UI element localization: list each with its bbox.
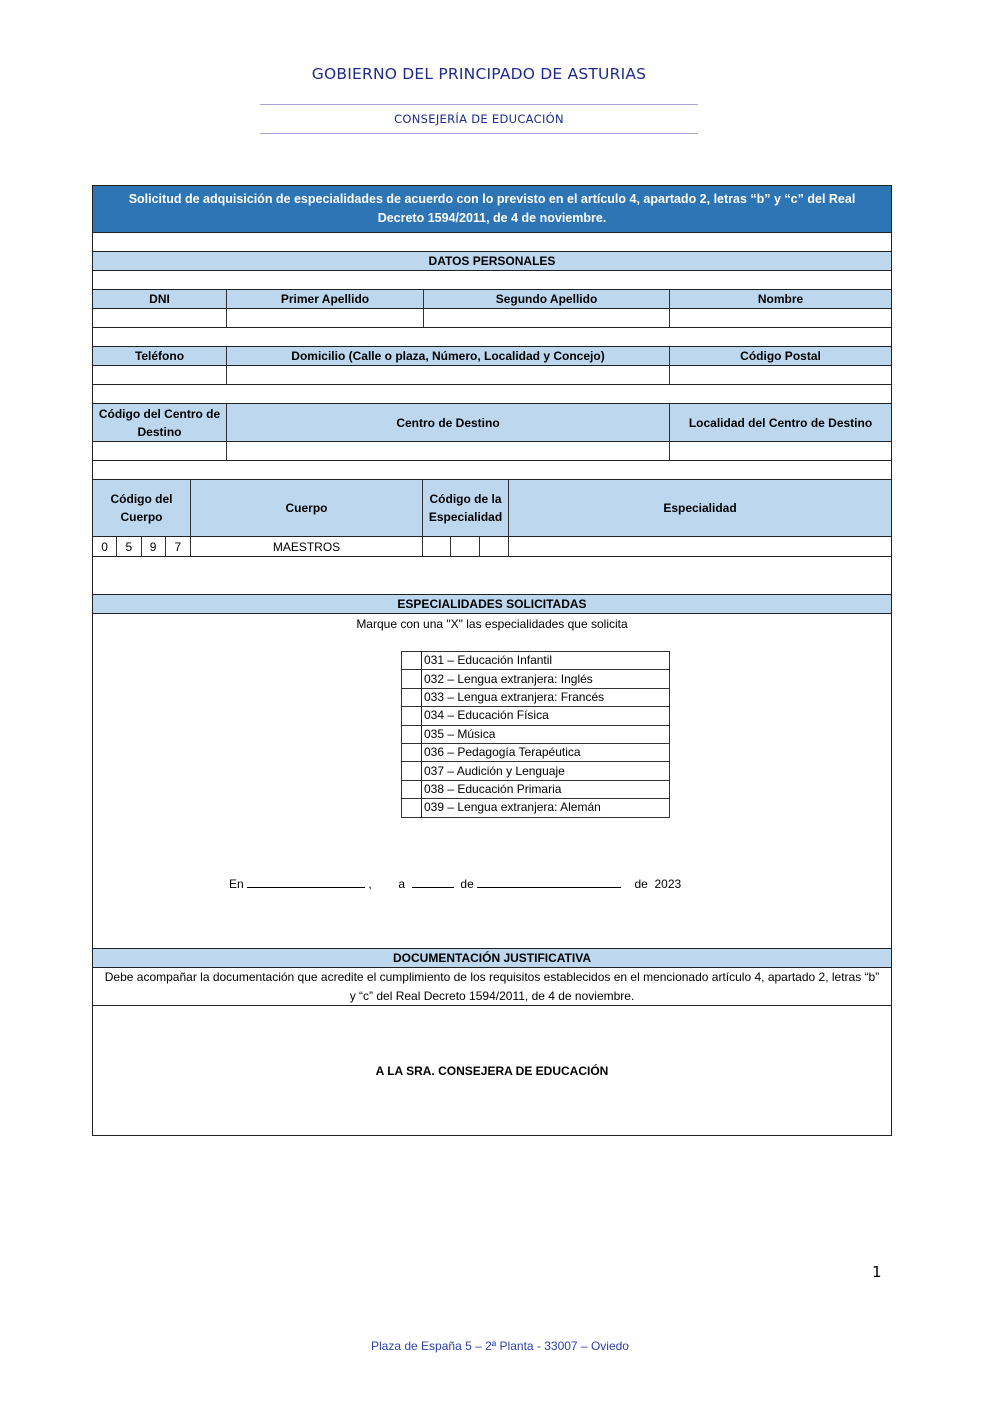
centro-destino-field[interactable] bbox=[227, 442, 670, 460]
header-divider-top bbox=[260, 104, 698, 105]
label-telefono: Teléfono bbox=[93, 347, 227, 365]
place-blank[interactable] bbox=[247, 876, 365, 888]
place-date-line: En , a de de 2023 bbox=[229, 876, 681, 891]
personal-values-row bbox=[93, 309, 891, 328]
contact-labels-row: Teléfono Domicilio (Calle o plaza, Númer… bbox=[93, 347, 891, 366]
especialidad-label: 034 – Educación Física bbox=[422, 707, 670, 725]
domicilio-field[interactable] bbox=[227, 366, 670, 384]
month-blank[interactable] bbox=[477, 876, 621, 888]
codigo-cuerpo-digit[interactable]: 0 bbox=[93, 537, 117, 556]
label-nombre: Nombre bbox=[670, 290, 891, 308]
especialidad-label: 036 – Pedagogía Terapéutica bbox=[422, 743, 670, 761]
centro-values-row bbox=[93, 442, 891, 461]
especialidad-label: 037 – Audición y Lenguaje bbox=[422, 762, 670, 780]
header-divider-bottom bbox=[260, 133, 698, 134]
label-de: de bbox=[460, 877, 473, 891]
codigo-cuerpo-digit[interactable]: 5 bbox=[117, 537, 141, 556]
segundo-apellido-field[interactable] bbox=[424, 309, 670, 327]
addressee: A LA SRA. CONSEJERA DE EDUCACIÓN bbox=[93, 1006, 891, 1136]
spacer-row bbox=[93, 557, 891, 595]
day-blank[interactable] bbox=[412, 876, 454, 888]
cuerpo-field[interactable]: MAESTROS bbox=[191, 537, 423, 556]
government-title: GOBIERNO DEL PRINCIPADO DE ASTURIAS bbox=[0, 65, 958, 83]
especialidad-label: 039 – Lengua extranjera: Alemán bbox=[422, 799, 670, 817]
primer-apellido-field[interactable] bbox=[227, 309, 424, 327]
cuerpo-values-row: 0 5 9 7 MAESTROS bbox=[93, 537, 891, 557]
section-header-datos-personales: DATOS PERSONALES bbox=[93, 252, 891, 271]
label-codigo-especialidad: Código de la Especialidad bbox=[423, 480, 509, 536]
especialidad-option: 037 – Audición y Lenguaje bbox=[402, 762, 670, 780]
spacer-row bbox=[93, 328, 891, 347]
cuerpo-labels-row: Código del Cuerpo Cuerpo Código de la Es… bbox=[93, 480, 891, 537]
label-segundo-apellido: Segundo Apellido bbox=[424, 290, 670, 308]
localidad-centro-field[interactable] bbox=[670, 442, 891, 460]
label-localidad-centro: Localidad del Centro de Destino bbox=[670, 404, 891, 441]
especialidad-field[interactable] bbox=[509, 537, 891, 556]
label-dni: DNI bbox=[93, 290, 227, 308]
codigo-centro-field[interactable] bbox=[93, 442, 227, 460]
especialidad-option: 035 – Música bbox=[402, 725, 670, 743]
label-codigo-cuerpo: Código del Cuerpo bbox=[93, 480, 191, 536]
especialidad-option: 039 – Lengua extranjera: Alemán bbox=[402, 799, 670, 817]
especialidad-checkbox[interactable] bbox=[402, 670, 422, 688]
codigo-especialidad-digits bbox=[423, 537, 509, 556]
codigo-especialidad-digit[interactable] bbox=[451, 537, 479, 556]
label-cuerpo: Cuerpo bbox=[191, 480, 423, 536]
especialidad-option: 036 – Pedagogía Terapéutica bbox=[402, 743, 670, 761]
department-subtitle: CONSEJERÍA DE EDUCACIÓN bbox=[0, 112, 958, 126]
comma: , bbox=[368, 877, 371, 891]
label-domicilio: Domicilio (Calle o plaza, Número, Locali… bbox=[227, 347, 670, 365]
page-number: 1 bbox=[872, 1263, 882, 1281]
spacer-row bbox=[93, 385, 891, 404]
especialidad-option: 034 – Educación Física bbox=[402, 707, 670, 725]
telefono-field[interactable] bbox=[93, 366, 227, 384]
year-value: 2023 bbox=[655, 877, 682, 891]
contact-values-row bbox=[93, 366, 891, 385]
label-codigo-postal: Código Postal bbox=[670, 347, 891, 365]
label-centro-destino: Centro de Destino bbox=[227, 404, 670, 441]
codigo-postal-field[interactable] bbox=[670, 366, 891, 384]
especialidad-label: 031 – Educación Infantil bbox=[422, 652, 670, 670]
especialidad-option: 033 – Lengua extranjera: Francés bbox=[402, 688, 670, 706]
spacer-row bbox=[93, 461, 891, 480]
label-especialidad: Especialidad bbox=[509, 480, 891, 536]
footer-address: Plaza de España 5 – 2ª Planta - 33007 – … bbox=[0, 1339, 1000, 1353]
documentacion-text: Debe acompañar la documentación que acre… bbox=[93, 968, 891, 1006]
nombre-field[interactable] bbox=[670, 309, 891, 327]
dni-field[interactable] bbox=[93, 309, 227, 327]
label-a: a bbox=[398, 877, 405, 891]
especialidades-instruction: Marque con una "X" las especialidades qu… bbox=[93, 617, 891, 631]
especialidad-checkbox[interactable] bbox=[402, 780, 422, 798]
especialidad-option: 031 – Educación Infantil bbox=[402, 652, 670, 670]
especialidad-checkbox[interactable] bbox=[402, 762, 422, 780]
section-header-especialidades: ESPECIALIDADES SOLICITADAS bbox=[93, 595, 891, 614]
especialidades-section: Marque con una "X" las especialidades qu… bbox=[93, 614, 891, 949]
especialidad-checkbox[interactable] bbox=[402, 743, 422, 761]
especialidad-option: 032 – Lengua extranjera: Inglés bbox=[402, 670, 670, 688]
especialidad-checkbox[interactable] bbox=[402, 652, 422, 670]
personal-labels-row: DNI Primer Apellido Segundo Apellido Nom… bbox=[93, 290, 891, 309]
section-header-documentacion: DOCUMENTACIÓN JUSTIFICATIVA bbox=[93, 949, 891, 968]
label-primer-apellido: Primer Apellido bbox=[227, 290, 424, 308]
especialidad-checkbox[interactable] bbox=[402, 725, 422, 743]
form-title-banner: Solicitud de adquisición de especialidad… bbox=[93, 186, 891, 233]
codigo-especialidad-digit[interactable] bbox=[423, 537, 451, 556]
spacer-row bbox=[93, 271, 891, 290]
application-form: Solicitud de adquisición de especialidad… bbox=[92, 185, 892, 1136]
especialidad-label: 032 – Lengua extranjera: Inglés bbox=[422, 670, 670, 688]
especialidad-option: 038 – Educación Primaria bbox=[402, 780, 670, 798]
centro-labels-row: Código del Centro de Destino Centro de D… bbox=[93, 404, 891, 442]
especialidades-checklist: 031 – Educación Infantil032 – Lengua ext… bbox=[401, 651, 670, 818]
especialidad-label: 038 – Educación Primaria bbox=[422, 780, 670, 798]
especialidad-label: 035 – Música bbox=[422, 725, 670, 743]
label-en: En bbox=[229, 877, 244, 891]
label-codigo-centro: Código del Centro de Destino bbox=[93, 404, 227, 441]
codigo-cuerpo-digit[interactable]: 9 bbox=[142, 537, 166, 556]
spacer-row bbox=[93, 233, 891, 252]
especialidad-checkbox[interactable] bbox=[402, 688, 422, 706]
especialidad-checkbox[interactable] bbox=[402, 707, 422, 725]
codigo-especialidad-digit[interactable] bbox=[480, 537, 508, 556]
label-de: de bbox=[634, 877, 647, 891]
codigo-cuerpo-digit[interactable]: 7 bbox=[166, 537, 190, 556]
especialidad-label: 033 – Lengua extranjera: Francés bbox=[422, 688, 670, 706]
especialidad-checkbox[interactable] bbox=[402, 799, 422, 817]
codigo-cuerpo-digits: 0 5 9 7 bbox=[93, 537, 191, 556]
